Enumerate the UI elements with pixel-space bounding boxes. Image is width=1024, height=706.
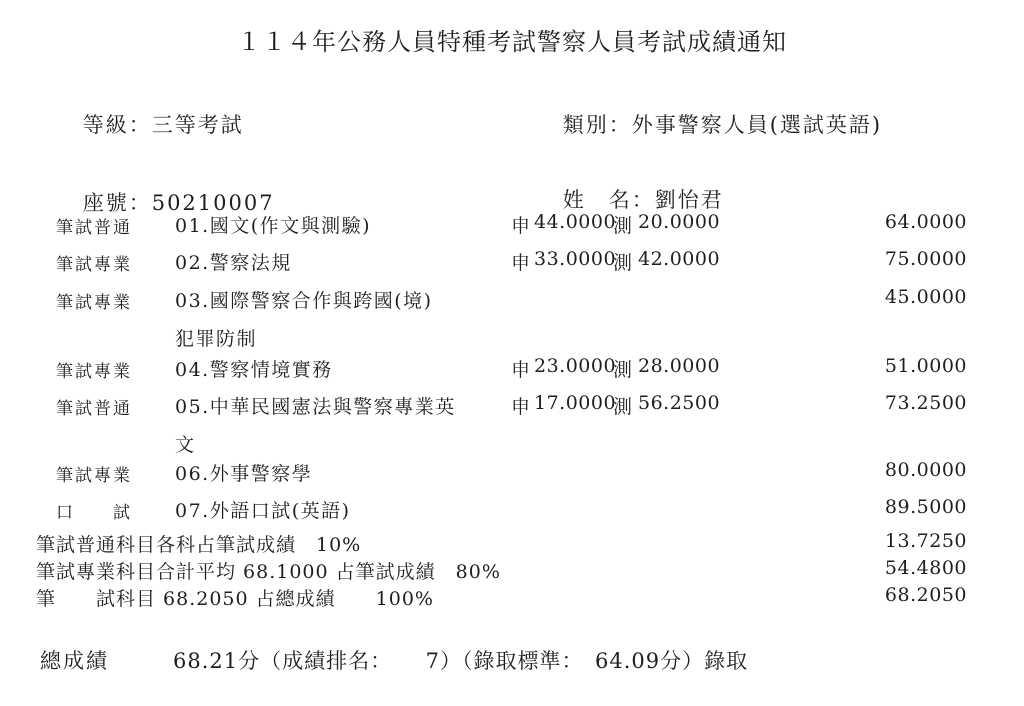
category-value: 外事警察人員(選試英語) [632,113,882,137]
subject-category: 筆試專業 [56,288,132,313]
subject-name: 01.國文(作文與測驗) [175,211,371,238]
table-row: 筆試專業 06.外事警察學 80.0000 [0,459,1024,485]
subject-name: 03.國際警察合作與跨國(境) [175,286,433,313]
summary-text: 筆試普通科目各科占筆試成績 10% [36,530,361,557]
summary-row: 筆試普通科目各科占筆試成績 10% 13.7250 [0,530,1024,556]
subject-category: 筆試普通 [56,394,132,419]
subject-score: 64.0000 [885,211,967,233]
summary-value: 68.2050 [885,584,967,606]
subject-name: 06.外事警察學 [175,459,312,486]
name-value: 劉怡君 [655,188,724,212]
subject-name: 05.中華民國憲法與警察專業英 [175,392,456,419]
subject-name-continuation: 文 [175,430,196,457]
summary-row: 筆 試科目 68.2050 占總成績 100% 68.2050 [0,584,1024,610]
essay-score: 33.0000 [534,248,612,270]
total-score-label: 總成績 [40,645,109,675]
essay-score: 23.0000 [534,355,612,377]
essay-score: 44.0000 [534,211,612,233]
subject-category: 筆試普通 [56,213,132,238]
subject-category: 筆試專業 [56,357,132,382]
total-score-value: 68.21分（成績排名： 7）（錄取標準： 64.09分）錄取 [173,645,748,675]
subject-category: 口 試 [56,498,132,523]
subject-name: 02.警察法規 [175,248,292,275]
test-label: 測 [613,248,632,275]
subject-score: 51.0000 [885,355,967,377]
table-row: 筆試專業 02.警察法規 申 33.0000 測 42.0000 75.0000 [0,248,1024,274]
category-field: 類別：外事警察人員(選試英語) [528,85,882,163]
essay-score: 17.0000 [534,392,612,414]
summary-value: 13.7250 [885,530,967,552]
summary-row: 筆試專業科目合計平均 68.1000 占筆試成績 80% 54.4800 [0,557,1024,583]
subject-score: 73.2500 [885,392,967,414]
grade-field: 等級：三等考試 [48,85,244,163]
subject-score: 75.0000 [885,248,967,270]
essay-label: 申 [511,355,530,382]
essay-label: 申 [511,248,530,275]
subject-score: 80.0000 [885,459,967,481]
subject-score: 45.0000 [885,286,967,308]
name-label: 姓 名： [563,188,655,212]
document-title: １１４年公務人員特種考試警察人員考試成績通知 [0,22,1024,57]
test-label: 測 [613,392,632,419]
test-score: 42.0000 [638,248,718,270]
score-notice-document: １１４年公務人員特種考試警察人員考試成績通知 等級：三等考試 類別：外事警察人員… [0,0,1024,706]
subject-category: 筆試專業 [56,250,132,275]
essay-label: 申 [511,392,530,419]
subject-name: 04.警察情境實務 [175,355,333,382]
table-row: 筆試專業 03.國際警察合作與跨國(境) 45.0000 [0,286,1024,312]
table-row: 口 試 07.外語口試(英語) 89.5000 [0,496,1024,522]
table-row: 筆試普通 01.國文(作文與測驗) 申 44.0000 測 20.0000 64… [0,211,1024,237]
summary-value: 54.4800 [885,557,967,579]
subject-category: 筆試專業 [56,461,132,486]
test-label: 測 [613,211,632,238]
category-label: 類別： [563,113,632,137]
grade-label: 等級： [83,113,152,137]
summary-text: 筆試專業科目合計平均 68.1000 占筆試成績 80% [36,557,501,584]
table-row: 筆試專業 04.警察情境實務 申 23.0000 測 28.0000 51.00… [0,355,1024,381]
table-row: 筆試普通 05.中華民國憲法與警察專業英 申 17.0000 測 56.2500… [0,392,1024,418]
test-score: 20.0000 [638,211,718,233]
essay-label: 申 [511,211,530,238]
grade-value: 三等考試 [152,113,244,137]
summary-text: 筆 試科目 68.2050 占總成績 100% [36,584,434,611]
subject-score: 89.5000 [885,496,967,518]
subject-name: 07.外語口試(英語) [175,496,351,523]
test-label: 測 [613,355,632,382]
test-score: 28.0000 [638,355,718,377]
subject-name-continuation: 犯罪防制 [175,324,257,351]
test-score: 56.2500 [638,392,718,414]
